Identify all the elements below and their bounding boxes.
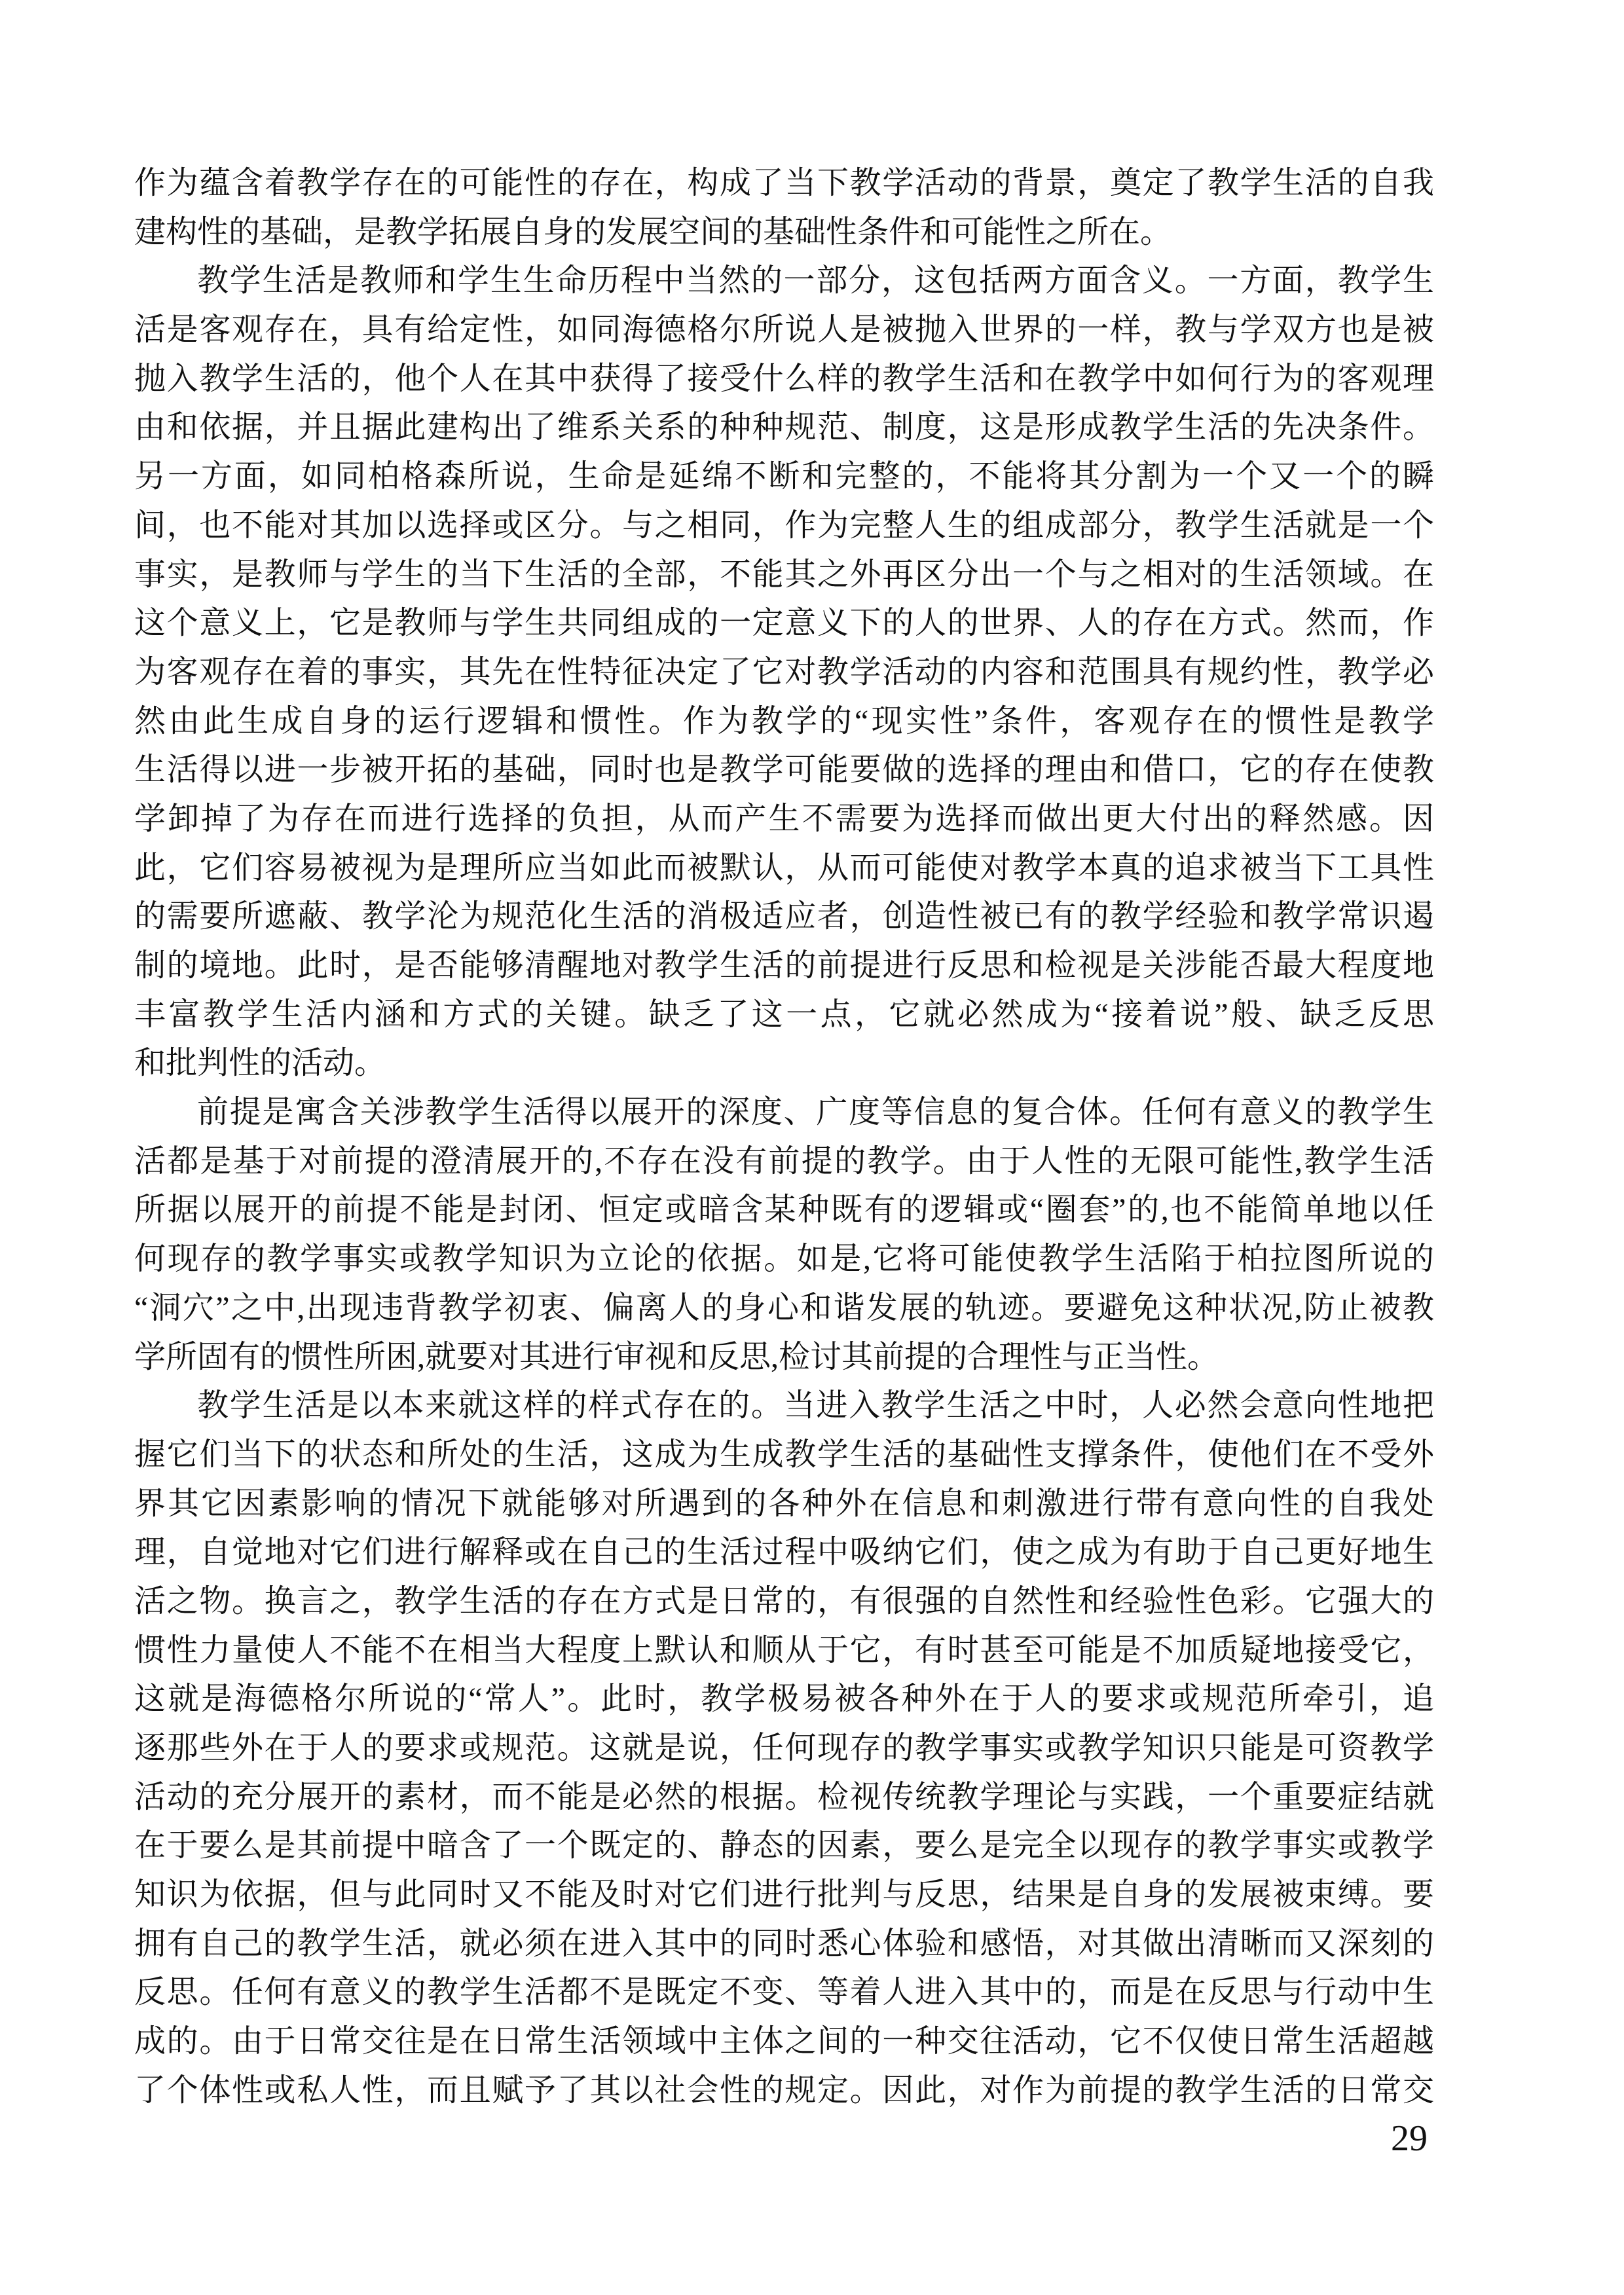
text-line: 界其它因素影响的情况下就能够对所遇到的各种外在信息和刺激进行带有意向性的自我处 xyxy=(134,1480,1434,1529)
text-line: 教学生活是教师和学生生命历程中当然的一部分，这包括两方面含义。一方面，教学生 xyxy=(134,257,1434,306)
text-line: 由和依据，并且据此建构出了维系关系的种种规范、制度，这是形成教学生活的先决条件。 xyxy=(134,403,1434,452)
text-line: 教学生活是以本来就这样的样式存在的。当进入教学生活之中时，人必然会意向性地把 xyxy=(134,1382,1434,1431)
text-line: 和批判性的活动。 xyxy=(134,1039,1434,1088)
page-text-block: 作为蕴含着教学存在的可能性的存在，构成了当下教学活动的背景，奠定了教学生活的自我… xyxy=(134,159,1434,2116)
document-page: 作为蕴含着教学存在的可能性的存在，构成了当下教学活动的背景，奠定了教学生活的自我… xyxy=(0,0,1624,2295)
text-line: 逐那些外在于人的要求或规范。这就是说，任何现存的教学事实或教学知识只能是可资教学 xyxy=(134,1724,1434,1773)
text-line: 生活得以进一步被开拓的基础，同时也是教学可能要做的选择的理由和借口，它的存在使教 xyxy=(134,746,1434,795)
text-line: 然由此生成自身的运行逻辑和惯性。作为教学的“现实性”条件，客观存在的惯性是教学 xyxy=(134,697,1434,746)
text-line: 为客观存在着的事实，其先在性特征决定了它对教学活动的内容和范围具有规约性，教学必 xyxy=(134,648,1434,697)
text-line: 活之物。换言之，教学生活的存在方式是日常的，有很强的自然性和经验性色彩。它强大的 xyxy=(134,1577,1434,1626)
text-line: 反思。任何有意义的教学生活都不是既定不变、等着人进入其中的，而是在反思与行动中生 xyxy=(134,1968,1434,2017)
text-line: 理，自觉地对它们进行解释或在自己的生活过程中吸纳它们，使之成为有助于自己更好地生 xyxy=(134,1528,1434,1577)
text-line: 何现存的教学事实或教学知识为立论的依据。如是,它将可能使教学生活陷于柏拉图所说的 xyxy=(134,1235,1434,1284)
text-line: 建构性的基础，是教学拓展自身的发展空间的基础性条件和可能性之所在。 xyxy=(134,208,1434,257)
text-line: 活都是基于对前提的澄清展开的,不存在没有前提的教学。由于人性的无限可能性,教学生… xyxy=(134,1137,1434,1186)
text-line: 间，也不能对其加以选择或区分。与之相同，作为完整人生的组成部分，教学生活就是一个 xyxy=(134,502,1434,551)
text-line: 丰富教学生活内涵和方式的关键。缺乏了这一点，它就必然成为“接着说”般、缺乏反思 xyxy=(134,991,1434,1040)
text-line: 握它们当下的状态和所处的生活，这成为生成教学生活的基础性支撑条件，使他们在不受外 xyxy=(134,1431,1434,1480)
text-line: 此，它们容易被视为是理所应当如此而被默认，从而可能使对教学本真的追求被当下工具性 xyxy=(134,844,1434,893)
text-line: 作为蕴含着教学存在的可能性的存在，构成了当下教学活动的背景，奠定了教学生活的自我 xyxy=(134,159,1434,208)
page-number: 29 xyxy=(1391,2120,1428,2157)
text-line: 另一方面，如同柏格森所说，生命是延绵不断和完整的，不能将其分割为一个又一个的瞬 xyxy=(134,452,1434,502)
text-line: 惯性力量使人不能不在相当大程度上默认和顺从于它，有时甚至可能是不加质疑地接受它， xyxy=(134,1626,1434,1676)
text-line: 活动的充分展开的素材，而不能是必然的根据。检视传统教学理论与实践，一个重要症结就 xyxy=(134,1773,1434,1822)
text-line: 学卸掉了为存在而进行选择的负担，从而产生不需要为选择而做出更大付出的释然感。因 xyxy=(134,795,1434,844)
text-line: 的需要所遮蔽、教学沦为规范化生活的消极适应者，创造性被已有的教学经验和教学常识遏 xyxy=(134,892,1434,942)
text-line: 这个意义上，它是教师与学生共同组成的一定意义下的人的世界、人的存在方式。然而，作 xyxy=(134,599,1434,648)
text-line: 事实，是教师与学生的当下生活的全部，不能其之外再区分出一个与之相对的生活领域。在 xyxy=(134,551,1434,600)
text-line: 了个体性或私人性，而且赋予了其以社会性的规定。因此，对作为前提的教学生活的日常交 xyxy=(134,2066,1434,2116)
text-line: 拥有自己的教学生活，就必须在进入其中的同时悉心体验和感悟，对其做出清晰而又深刻的 xyxy=(134,1920,1434,1969)
text-line: 活是客观存在，具有给定性，如同海德格尔所说人是被抛入世界的一样，教与学双方也是被 xyxy=(134,306,1434,355)
text-line: 所据以展开的前提不能是封闭、恒定或暗含某种既有的逻辑或“圈套”的,也不能简单地以… xyxy=(134,1186,1434,1235)
text-line: 知识为依据，但与此同时又不能及时对它们进行批判与反思，结果是自身的发展被束缚。要 xyxy=(134,1871,1434,1920)
text-line: 在于要么是其前提中暗含了一个既定的、静态的因素，要么是完全以现存的教学事实或教学 xyxy=(134,1822,1434,1871)
text-line: 学所固有的惯性所困,就要对其进行审视和反思,检讨其前提的合理性与正当性。 xyxy=(134,1333,1434,1382)
text-line: 制的境地。此时，是否能够清醒地对教学生活的前提进行反思和检视是关涉能否最大程度地 xyxy=(134,942,1434,991)
text-line: 这就是海德格尔所说的“常人”。此时，教学极易被各种外在于人的要求或规范所牵引，追 xyxy=(134,1675,1434,1724)
text-line: 前提是寓含关涉教学生活得以展开的深度、广度等信息的复合体。任何有意义的教学生 xyxy=(134,1088,1434,1137)
text-line: “洞穴”之中,出现违背教学初衷、偏离人的身心和谐发展的轨迹。要避免这种状况,防止… xyxy=(134,1284,1434,1333)
text-line: 抛入教学生活的，他个人在其中获得了接受什么样的教学生活和在教学中如何行为的客观理 xyxy=(134,355,1434,404)
text-line: 成的。由于日常交往是在日常生活领域中主体之间的一种交往活动，它不仅使日常生活超越 xyxy=(134,2017,1434,2066)
